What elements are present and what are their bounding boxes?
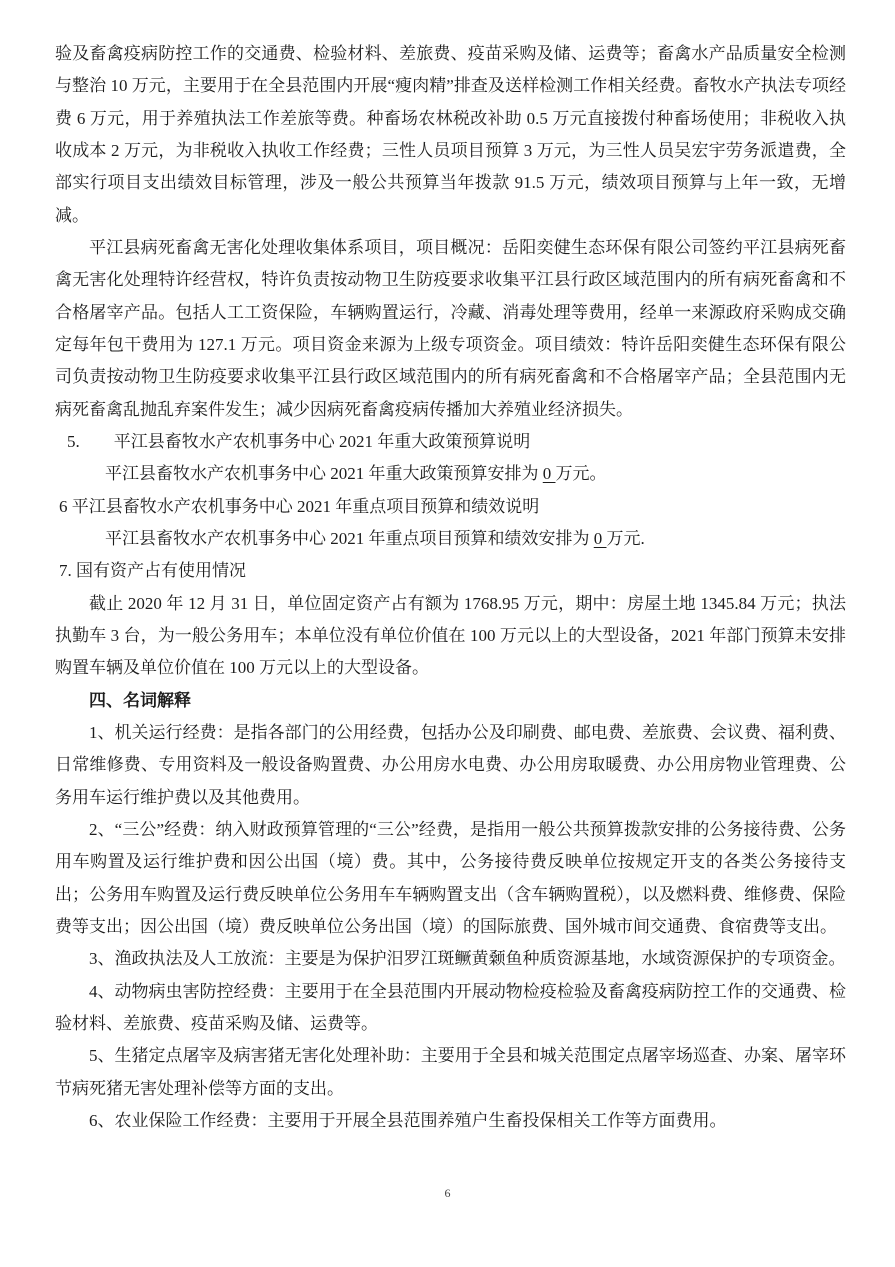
paragraph-item-5-detail: 平江县畜牧水产农机事务中心 2021 年重大政策预算安排为 0 万元。 bbox=[55, 458, 846, 490]
text-run: 2、“三公”经费：纳入财政预算管理的“三公”经费，是指用一般公共预算拨款安排的公… bbox=[55, 820, 846, 936]
text-run: 平江县病死畜禽无害化处理收集体系项目，项目概况：岳阳奕健生态环保有限公司签约平江… bbox=[55, 238, 846, 419]
text-run: 平江县畜牧水产农机事务中心 2021 年重点项目预算和绩效安排为 bbox=[105, 529, 594, 548]
text-run: 6、农业保险工作经费：主要用于开展全县范围养殖户生畜投保相关工作等方面费用。 bbox=[89, 1111, 727, 1130]
heading-glossary: 四、名词解释 bbox=[55, 685, 846, 717]
text-run: 7. 国有资产占有使用情况 bbox=[59, 561, 246, 580]
paragraph-item-7-title: 7. 国有资产占有使用情况 bbox=[55, 555, 846, 587]
document-page: 验及畜禽疫病防控工作的交通费、检验材料、差旅费、疫苗采购及储、运费等；畜禽水产品… bbox=[0, 0, 895, 1267]
paragraph-glossary-2: 2、“三公”经费：纳入财政预算管理的“三公”经费，是指用一般公共预算拨款安排的公… bbox=[55, 814, 846, 943]
paragraph-item-6-title: 6 平江县畜牧水产农机事务中心 2021 年重点项目预算和绩效说明 bbox=[55, 491, 846, 523]
text-run: 平江县畜牧水产农机事务中心 2021 年重大政策预算安排为 bbox=[105, 464, 543, 483]
paragraph-harmless-disposal-project: 平江县病死畜禽无害化处理收集体系项目，项目概况：岳阳奕健生态环保有限公司签约平江… bbox=[55, 232, 846, 426]
text-run: 四、名词解释 bbox=[89, 691, 191, 710]
text-run: 截止 2020 年 12 月 31 日，单位固定资产占有额为 1768.95 万… bbox=[55, 594, 846, 678]
page-number: 6 bbox=[0, 1186, 895, 1201]
underlined-value: 0 bbox=[543, 464, 556, 483]
paragraph-glossary-1: 1、机关运行经费：是指各部门的公用经费，包括办公及印刷费、邮电费、差旅费、会议费… bbox=[55, 717, 846, 814]
underlined-value: 0 bbox=[594, 529, 607, 548]
paragraph-glossary-5: 5、生猪定点屠宰及病害猪无害化处理补助：主要用于全县和城关范围定点屠宰场巡查、办… bbox=[55, 1040, 846, 1105]
text-run: 万元。 bbox=[556, 464, 607, 483]
text-run: 6 平江县畜牧水产农机事务中心 2021 年重点项目预算和绩效说明 bbox=[59, 497, 539, 516]
text-run: 验及畜禽疫病防控工作的交通费、检验材料、差旅费、疫苗采购及储、运费等；畜禽水产品… bbox=[55, 44, 846, 225]
paragraph-item-5-title: 5. 平江县畜牧水产农机事务中心 2021 年重大政策预算说明 bbox=[55, 426, 846, 458]
paragraph-glossary-3: 3、渔政执法及人工放流：主要是为保护汨罗江斑鳜黄颡鱼种质资源基地，水域资源保护的… bbox=[55, 943, 846, 975]
paragraph-item-6-detail: 平江县畜牧水产农机事务中心 2021 年重点项目预算和绩效安排为 0 万元. bbox=[55, 523, 846, 555]
text-run: 3、渔政执法及人工放流：主要是为保护汨罗江斑鳜黄颡鱼种质资源基地，水域资源保护的… bbox=[89, 949, 846, 968]
paragraph-budget-expense-continuation: 验及畜禽疫病防控工作的交通费、检验材料、差旅费、疫苗采购及储、运费等；畜禽水产品… bbox=[55, 38, 846, 232]
document-body: 验及畜禽疫病防控工作的交通费、检验材料、差旅费、疫苗采购及储、运费等；畜禽水产品… bbox=[55, 38, 846, 1137]
text-run: 5. 平江县畜牧水产农机事务中心 2021 年重大政策预算说明 bbox=[67, 432, 530, 451]
text-run: 1、机关运行经费：是指各部门的公用经费，包括办公及印刷费、邮电费、差旅费、会议费… bbox=[55, 723, 846, 807]
text-run: 4、动物病虫害防控经费：主要用于在全县范围内开展动物检疫检验及畜禽疫病防控工作的… bbox=[55, 982, 846, 1033]
paragraph-glossary-4: 4、动物病虫害防控经费：主要用于在全县范围内开展动物检疫检验及畜禽疫病防控工作的… bbox=[55, 976, 846, 1041]
text-run: 万元. bbox=[607, 529, 645, 548]
paragraph-glossary-6: 6、农业保险工作经费：主要用于开展全县范围养殖户生畜投保相关工作等方面费用。 bbox=[55, 1105, 846, 1137]
paragraph-state-assets: 截止 2020 年 12 月 31 日，单位固定资产占有额为 1768.95 万… bbox=[55, 588, 846, 685]
text-run: 5、生猪定点屠宰及病害猪无害化处理补助：主要用于全县和城关范围定点屠宰场巡查、办… bbox=[55, 1046, 846, 1097]
